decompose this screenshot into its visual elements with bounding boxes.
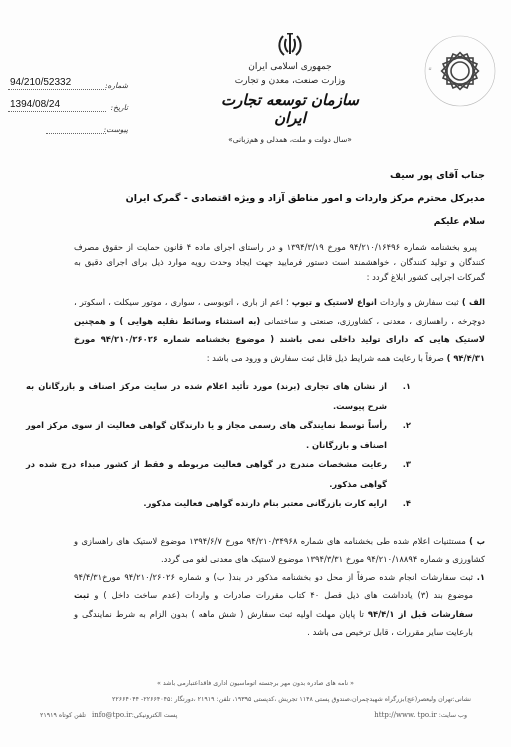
letter-number-row: شماره: 94/210/52332 bbox=[8, 68, 128, 90]
letter-date-row: تاریخ: 1394/08/24 bbox=[8, 90, 128, 112]
condition-text: ارایه کارت بازرگانی معتبر بنام دارنده گو… bbox=[143, 494, 387, 514]
republic-name: جمهوری اسلامی ایران bbox=[205, 62, 375, 72]
footer-contacts: وب سایت: http://www. tpo.ir پست الکترونی… bbox=[40, 711, 471, 719]
section-b-label: ب ) bbox=[469, 536, 485, 546]
sub-item-text: ثبت سفارشات انجام شده صرفاً از محل دو بخ… bbox=[74, 572, 473, 600]
short-phone: تلفن کوتاه ۲۱۹۱۹ bbox=[40, 712, 86, 719]
condition-item: ۲.رأساً توسط نمایندگی های رسمی مجاز و یا… bbox=[26, 416, 411, 455]
intro-paragraph: پیرو بخشنامه شماره ۹۴/۲۱۰/۱۶۴۹۶ مورخ ۱۳۹… bbox=[74, 240, 485, 285]
organization-name: سازمان توسعه تجارت ایران bbox=[205, 91, 375, 127]
sub-item-number: ۱. bbox=[473, 568, 485, 641]
website-field: وب سایت: http://www. tpo.ir bbox=[374, 711, 467, 719]
letter-number: 94/210/52332 bbox=[10, 77, 71, 88]
letter-meta: شماره: 94/210/52332 تاریخ: 1394/08/24 پی… bbox=[8, 68, 128, 134]
ministry-name: وزارت صنعت، معدن و تجارت bbox=[205, 76, 375, 86]
number-label: شماره: bbox=[106, 81, 128, 90]
iran-emblem-icon bbox=[275, 30, 305, 60]
footer-address: نشانی:تهران ولیعصر(عج)بزرگراه شهیدچمران،… bbox=[40, 696, 471, 703]
email-field: پست الکترونیکی:info@tpo.ir تلفن کوتاه ۲۱… bbox=[40, 711, 177, 719]
condition-number: ۱. bbox=[387, 377, 411, 416]
letterhead: جمهوری اسلامی ایران وزارت صنعت، معدن و ت… bbox=[205, 30, 375, 144]
condition-text: رأساً توسط نمایندگی های رسمی مجاز و یا د… bbox=[26, 416, 387, 455]
date-label: تاریخ: bbox=[106, 103, 128, 112]
section-a-bold: انواع لاستیک و تیوپ bbox=[292, 297, 377, 307]
footer-note: « نامه های صادره بدون مهر برجسته اتوماسی… bbox=[40, 680, 471, 687]
letter-page: Trade Promotion Organization of Iran جمه… bbox=[0, 0, 511, 747]
section-a-label: الف ) bbox=[462, 297, 485, 307]
condition-text: از نشان های تجاری (برند) مورد تأئید اعلا… bbox=[26, 377, 387, 416]
letter-date: 1394/08/24 bbox=[10, 99, 60, 110]
recipient-title: مدیرکل محترم مرکز واردات و امور مناطق آز… bbox=[26, 193, 485, 204]
section-b: ب ) مستثنیات اعلام شده طی بخشنامه های شم… bbox=[74, 532, 485, 569]
attachment-row: پیوست: bbox=[8, 112, 128, 134]
attachment-label: پیوست: bbox=[106, 125, 128, 134]
recipient-name: جناب آقای پور سیف bbox=[26, 170, 485, 181]
tpo-star-logo-icon: Trade Promotion Organization of Iran bbox=[423, 34, 497, 108]
conditions-list: ۱.از نشان های تجاری (برند) مورد تأئید اع… bbox=[26, 377, 411, 514]
section-a-text: صرفاً با رعایت همه شرایط ذیل قابل ثبت سف… bbox=[207, 353, 447, 363]
email-link[interactable]: info@tpo.ir bbox=[92, 711, 132, 719]
letter-footer: « نامه های صادره بدون مهر برجسته اتوماسی… bbox=[40, 680, 471, 719]
condition-text: رعایت مشخصات مندرج در گواهی فعالیت مربوط… bbox=[26, 455, 387, 494]
section-a-text: ثبت سفارش و واردات bbox=[377, 297, 462, 307]
letter-body: جناب آقای پور سیف مدیرکل محترم مرکز وارد… bbox=[26, 170, 485, 641]
greeting: سلام علیکم bbox=[26, 217, 485, 227]
condition-item: ۱.از نشان های تجاری (برند) مورد تأئید اع… bbox=[26, 377, 411, 416]
condition-item: ۳.رعایت مشخصات مندرج در گواهی فعالیت مرب… bbox=[26, 455, 411, 494]
website-label: وب سایت: bbox=[439, 712, 467, 719]
year-motto: «سال دولت و ملت، همدلی و هم‌زبانی» bbox=[205, 135, 375, 144]
section-a: الف ) ثبت سفارش و واردات انواع لاستیک و … bbox=[74, 293, 485, 367]
condition-number: ۳. bbox=[387, 455, 411, 494]
website-link[interactable]: http://www. tpo.ir bbox=[374, 711, 436, 719]
condition-number: ۲. bbox=[387, 416, 411, 455]
section-b-text: مستثنیات اعلام شده طی بخشنامه های شماره … bbox=[74, 536, 485, 564]
condition-number: ۴. bbox=[387, 494, 411, 514]
section-b-sub-item: ۱. ثبت سفارشات انجام شده صرفاً از محل دو… bbox=[74, 568, 485, 641]
condition-item: ۴.ارایه کارت بازرگانی معتبر بنام دارنده … bbox=[26, 494, 411, 514]
email-label: پست الکترونیکی: bbox=[132, 712, 178, 719]
